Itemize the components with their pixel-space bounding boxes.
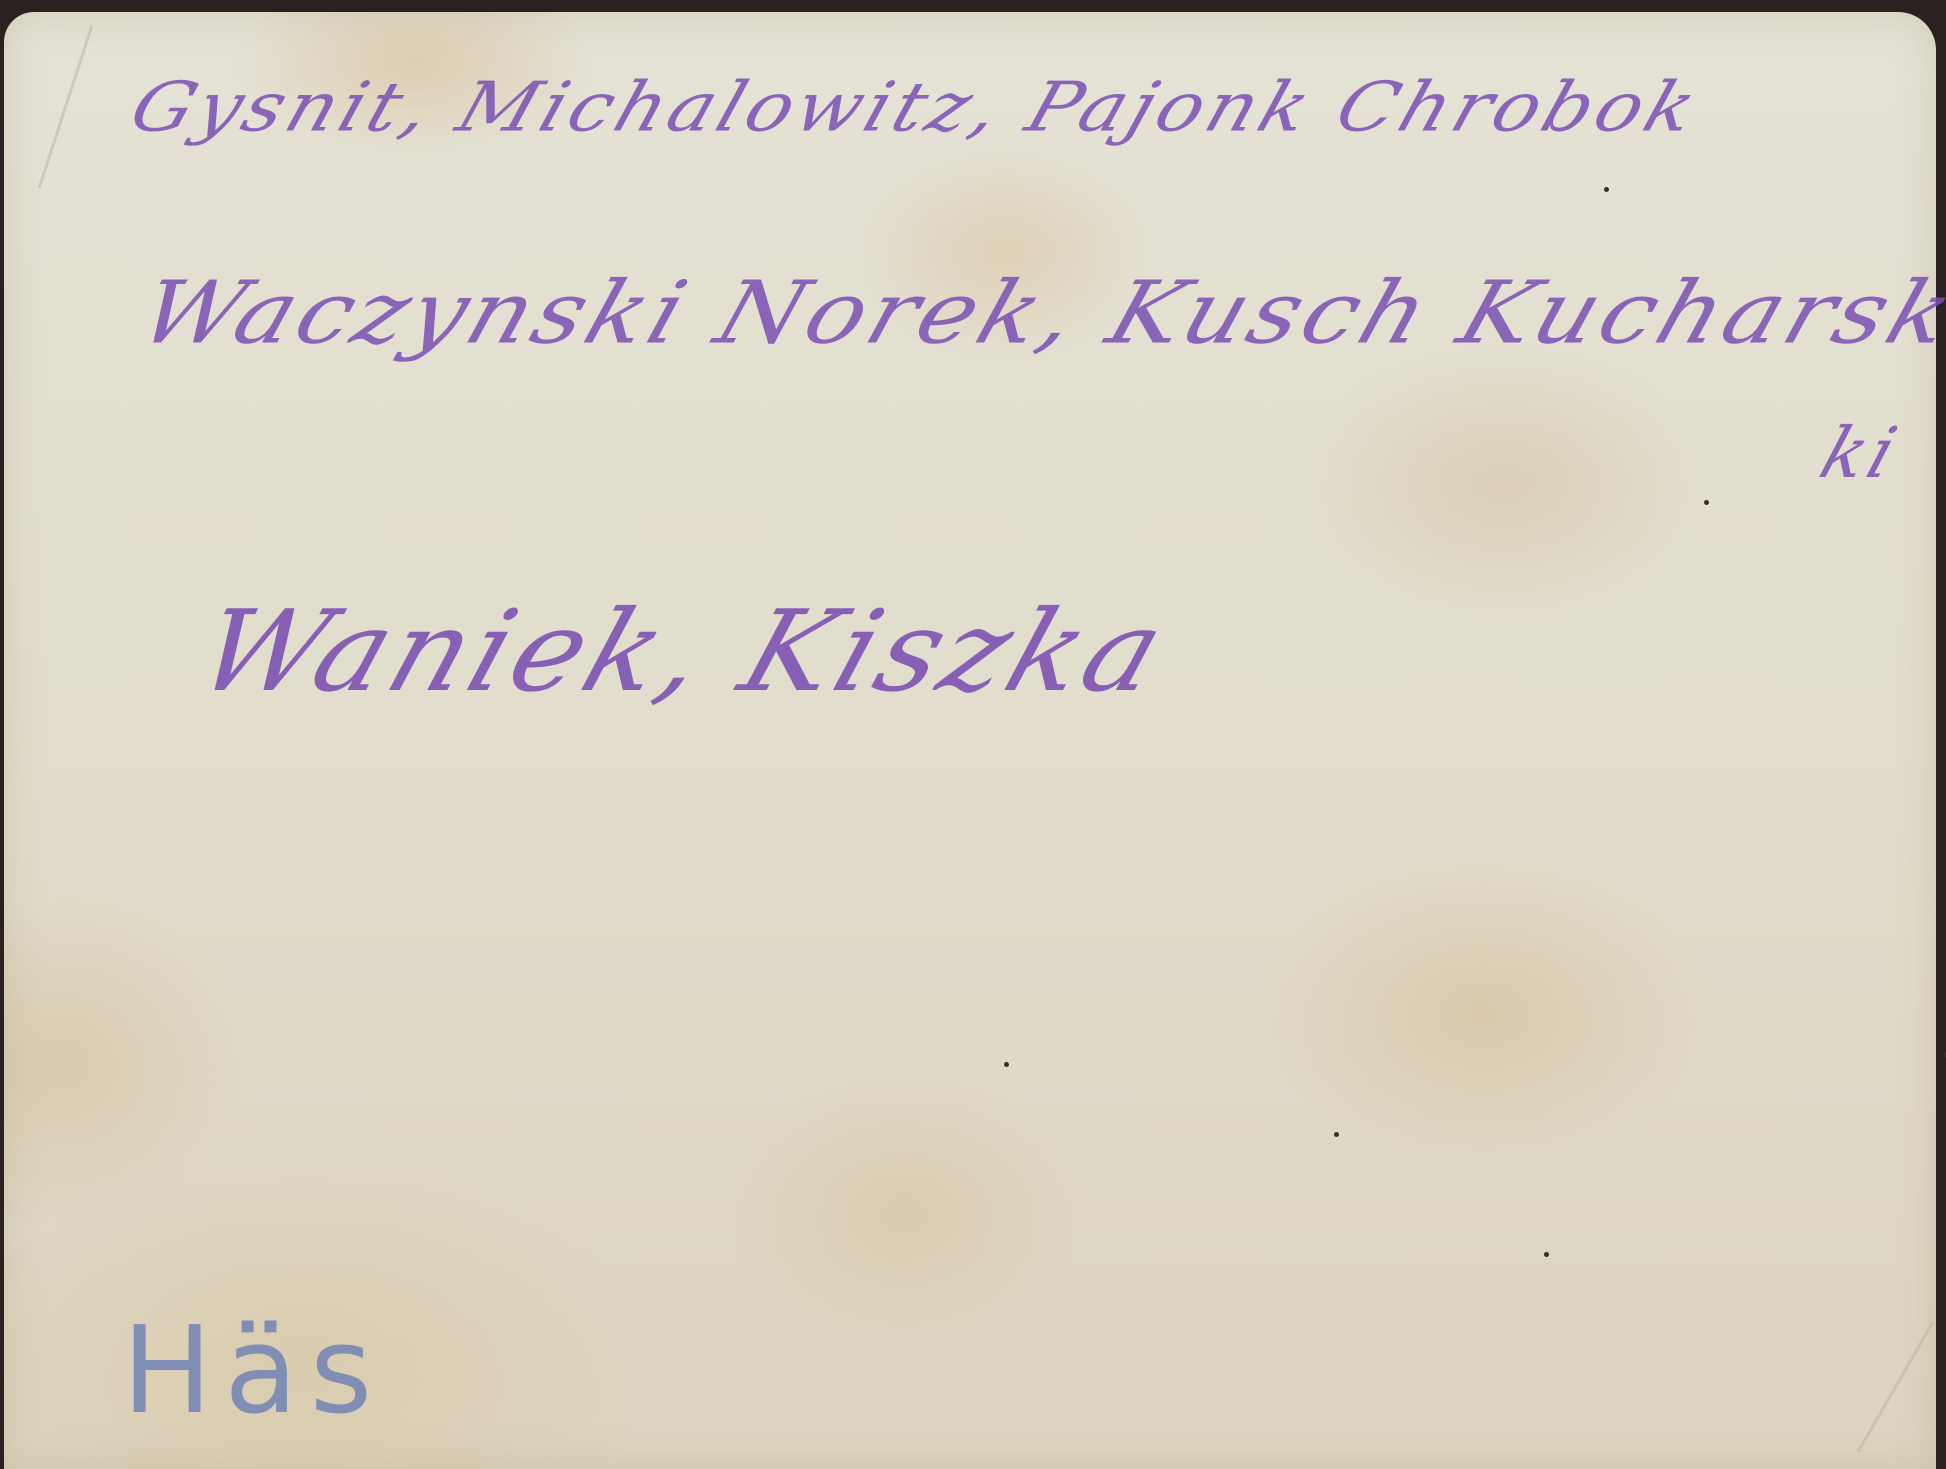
ink-speck [1544, 1252, 1549, 1257]
ink-speck [1704, 500, 1709, 505]
pencil-annotation: Häs [122, 1302, 384, 1441]
paper-crease [38, 26, 93, 189]
ink-speck [1004, 1062, 1009, 1067]
paper-crease [1857, 1321, 1935, 1452]
ink-speck [1604, 187, 1609, 192]
handwritten-line-2-continuation: ki [1811, 412, 1910, 494]
handwritten-line-1: Gysnit, Michalowitz, Pajonk Chrobok [121, 66, 1710, 146]
paper-card: Gysnit, Michalowitz, Pajonk Chrobok Wacz… [4, 12, 1936, 1469]
handwritten-line-2: Waczynski Norek, Kusch Kucharski [128, 263, 1946, 364]
handwritten-line-3: Waniek, Kiszka [183, 585, 1184, 716]
ink-speck [1334, 1132, 1339, 1137]
